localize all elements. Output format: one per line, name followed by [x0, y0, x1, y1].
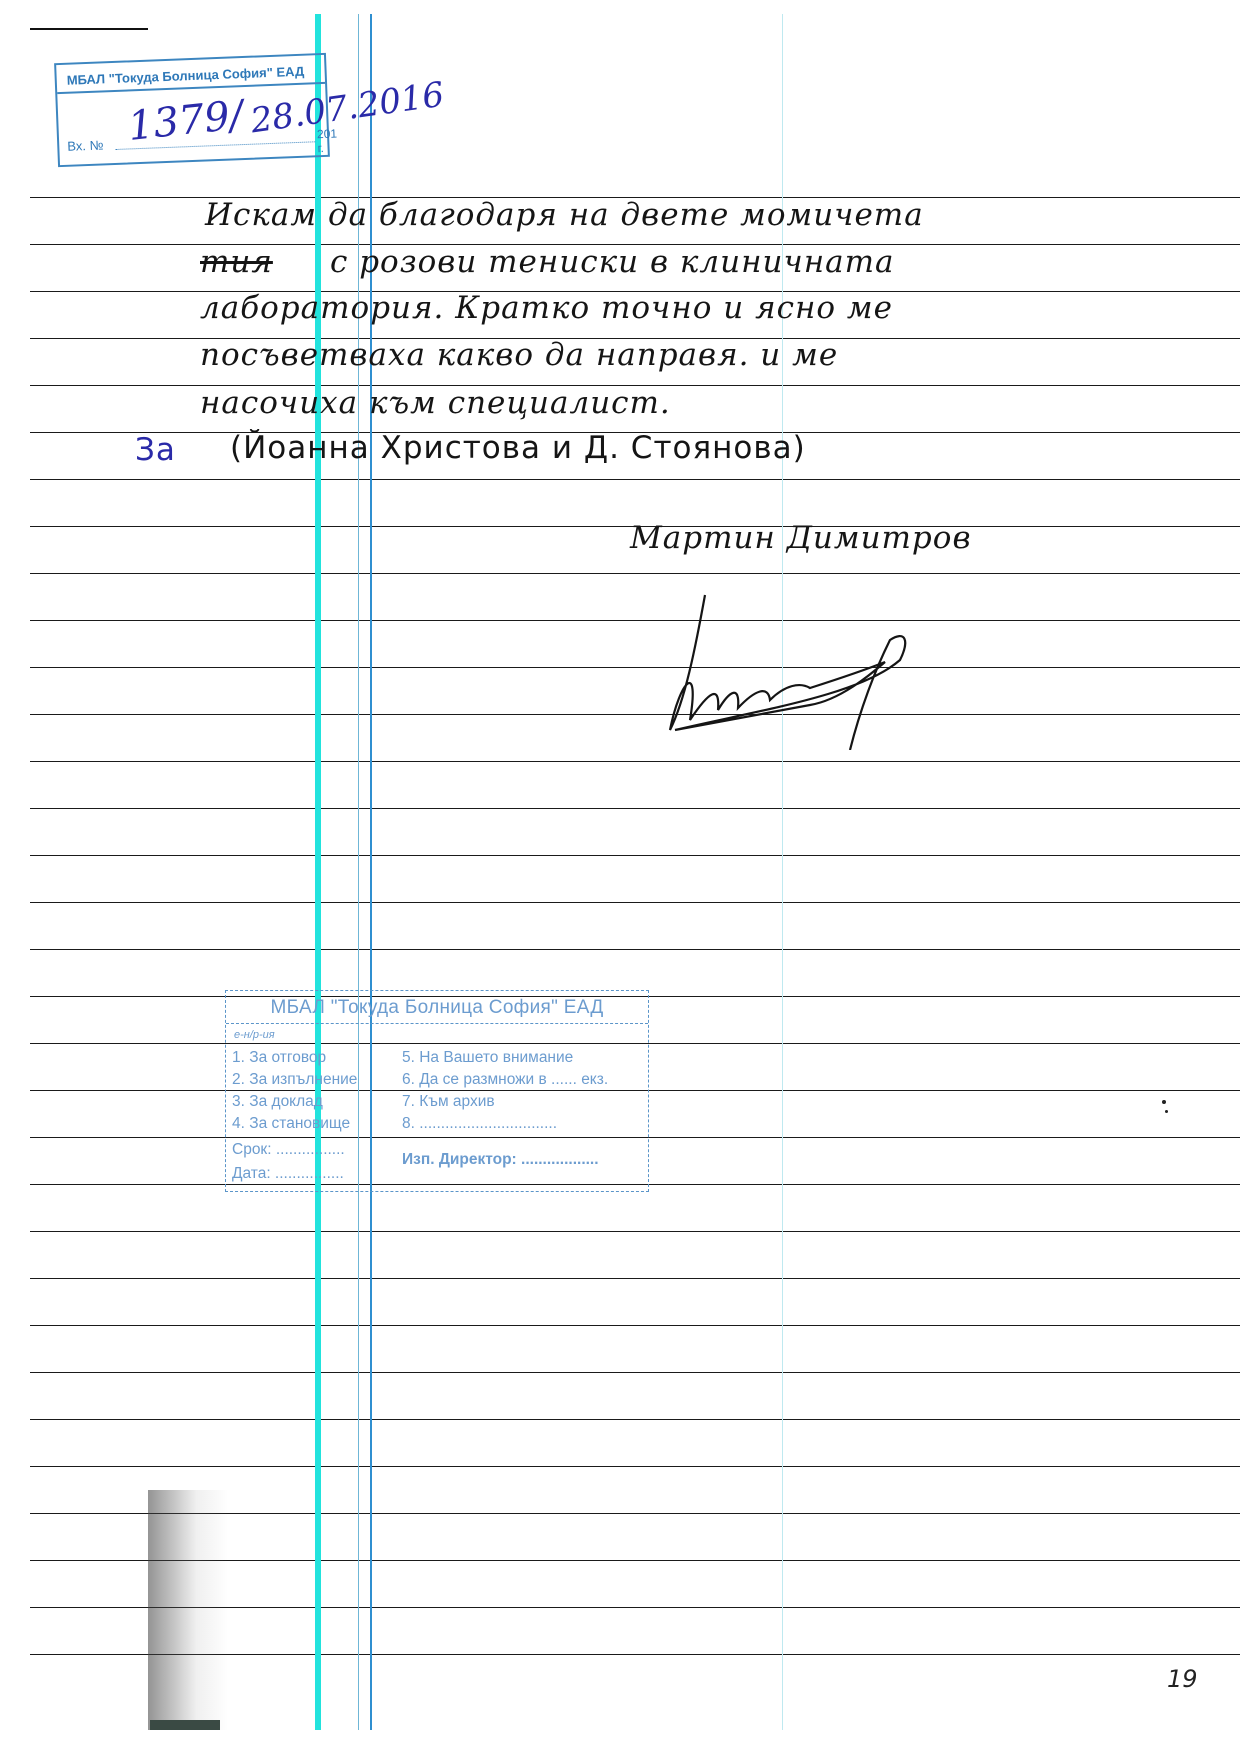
- routing-director: Изп. Директор: ..................: [402, 1151, 599, 1169]
- ruled-line: [30, 949, 1240, 950]
- ruled-line: [30, 714, 1240, 715]
- ruled-line: [30, 479, 1240, 480]
- routing-option: 6. Да се размножи в ...... екз.: [402, 1069, 642, 1091]
- stamp-institution: МБАЛ "Токуда Болница София" ЕАД: [56, 55, 325, 94]
- text-line-4: посъветваха какво да направя. и ме: [200, 337, 838, 373]
- top-edge-mark: [30, 28, 148, 30]
- routing-deadline: Срок: ................: [232, 1141, 345, 1159]
- routing-option: 8. ................................: [402, 1113, 642, 1135]
- ruled-line: [30, 573, 1240, 574]
- routing-option: 3. За доклад: [232, 1091, 402, 1113]
- author-name: Мартин Димитров: [630, 520, 971, 556]
- routing-options-left: 1. За отговор2. За изпълнение3. За докла…: [232, 1047, 402, 1135]
- text-line-1: Искам да благодаря на двете момичета: [205, 197, 924, 233]
- speck: [1165, 1110, 1168, 1113]
- ruled-line: [30, 620, 1240, 621]
- binding-shadow: [148, 1490, 228, 1730]
- ruled-line: [30, 1466, 1240, 1467]
- ruled-line: [30, 808, 1240, 809]
- routing-option: 4. За становище: [232, 1113, 402, 1135]
- signature-scribble: [660, 590, 960, 750]
- text-line-5: насочиха към специалист.: [200, 385, 671, 421]
- stamp-ref-label: Вх. №: [67, 137, 104, 153]
- text-line-2: с розови тениски в клиничната: [330, 244, 895, 280]
- binding-edge: [150, 1720, 220, 1730]
- ruled-line: [30, 1278, 1240, 1279]
- text-line-3: лаборатория. Кратко точно и ясно ме: [200, 290, 893, 326]
- ruled-line: [30, 1231, 1240, 1232]
- ruled-line: [30, 1325, 1240, 1326]
- routing-option: 1. За отговор: [232, 1047, 402, 1069]
- addressee-prefix: За: [135, 432, 176, 468]
- scanned-page: МБАЛ "Токуда Болница София" ЕАД Вх. № 20…: [0, 0, 1240, 1753]
- ruled-line: [30, 1419, 1240, 1420]
- routing-option: 2. За изпълнение: [232, 1069, 402, 1091]
- routing-code: е-н/р-ия: [234, 1029, 275, 1041]
- ruled-line: [30, 761, 1240, 762]
- routing-stamp: МБАЛ "Токуда Болница София" ЕАД е-н/р-ия…: [225, 990, 649, 1192]
- speck: [1162, 1100, 1166, 1104]
- routing-option: 7. Към архив: [402, 1091, 642, 1113]
- addressee-names: (Йоанна Христова и Д. Стоянова): [230, 430, 806, 466]
- routing-option: 5. На Вашето внимание: [402, 1047, 642, 1069]
- routing-stamp-institution: МБАЛ "Токуда Болница София" ЕАД: [226, 991, 648, 1024]
- margin-line-cyan: [315, 14, 321, 1730]
- ruled-line: [30, 855, 1240, 856]
- ruled-line: [30, 1372, 1240, 1373]
- page-number: 19: [1167, 1665, 1198, 1693]
- routing-date: Дата: ................: [232, 1165, 344, 1183]
- routing-options-right: 5. На Вашето внимание6. Да се размножи в…: [402, 1047, 642, 1135]
- ruled-line: [30, 667, 1240, 668]
- struck-word: тия: [200, 244, 273, 280]
- ruled-line: [30, 902, 1240, 903]
